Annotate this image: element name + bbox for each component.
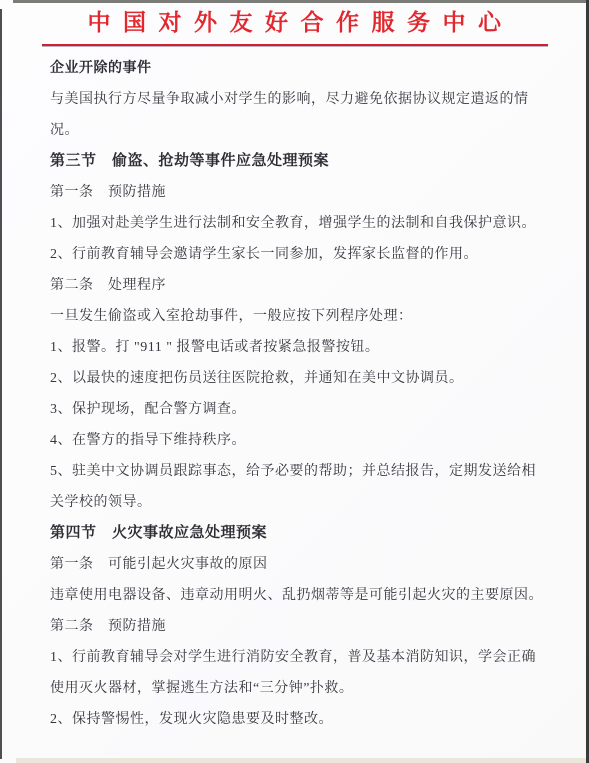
document-body: 企业开除的事件与美国执行方尽量争取减小对学生的影响，尽力避免依据协议规定遣返的情… bbox=[0, 46, 589, 735]
paragraph: 2、保持警惕性，发现火灾隐患要及时整改。 bbox=[50, 704, 545, 735]
paragraph: 2、以最快的速度把伤员送往医院抢救，并通知在美中文协调员。 bbox=[50, 363, 545, 394]
paragraph: 第一条 可能引起火灾事故的原因 bbox=[50, 549, 545, 580]
document-page: 中国对外友好合作服务中心 企业开除的事件与美国执行方尽量争取减小对学生的影响，尽… bbox=[0, 0, 589, 763]
paragraph: 一旦发生偷盗或入室抢劫事件，一般应按下列程序处理： bbox=[50, 301, 545, 332]
paragraph: 1、报警。打 "911 " 报警电话或者按紧急报警按钮。 bbox=[50, 332, 545, 363]
paragraph: 第二条 预防措施 bbox=[50, 611, 545, 642]
letterhead: 中国对外友好合作服务中心 bbox=[0, 0, 589, 46]
paragraph: 1、行前教育辅导会对学生进行消防安全教育，普及基本消防知识，学会正确使用灭火器材… bbox=[50, 642, 545, 704]
paragraph: 违章使用电器设备、违章动用明火、乱扔烟蒂等是可能引起火灾的主要原因。 bbox=[50, 580, 545, 611]
paragraph: 2、行前教育辅导会邀请学生家长一同参加，发挥家长监督的作用。 bbox=[50, 239, 545, 270]
paragraph: 与美国执行方尽量争取减小对学生的影响，尽力避免依据协议规定遣返的情况。 bbox=[50, 84, 545, 146]
paragraph: 第一条 预防措施 bbox=[50, 177, 545, 208]
scan-edge-left bbox=[0, 9, 2, 759]
paragraph: 5、驻美中文协调员跟踪事态，给予必要的帮助；并总结报告，定期发送给相关学校的领导… bbox=[50, 456, 545, 518]
paragraph: 3、保护现场，配合警方调查。 bbox=[50, 394, 545, 425]
scan-edge-bottom bbox=[16, 758, 586, 763]
letterhead-title: 中国对外友好合作服务中心 bbox=[0, 8, 589, 38]
scan-edge-top bbox=[13, 0, 589, 3]
document-subheading: 企业开除的事件 bbox=[50, 53, 545, 84]
paragraph: 1、加强对赴美学生进行法制和安全教育，增强学生的法制和自我保护意识。 bbox=[50, 208, 545, 239]
section-heading: 第三节 偷盗、抢劫等事件应急处理预案 bbox=[50, 146, 545, 177]
paragraph: 4、在警方的指导下维持秩序。 bbox=[50, 425, 545, 456]
paragraph: 第二条 处理程序 bbox=[50, 270, 545, 301]
section-heading: 第四节 火灾事故应急处理预案 bbox=[50, 518, 545, 549]
